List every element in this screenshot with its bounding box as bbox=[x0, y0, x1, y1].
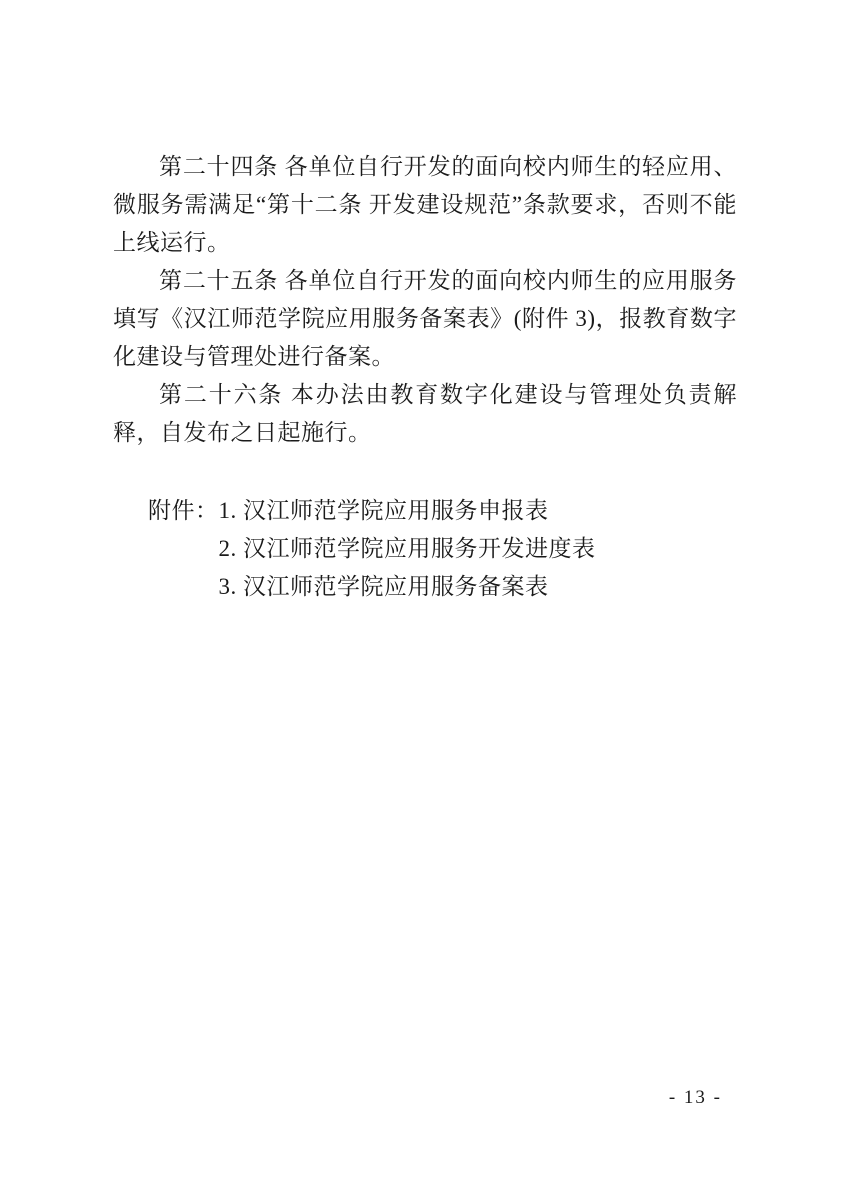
document-content: 第二十四条 各单位自行开发的面向校内师生的轻应用、微服务需满足“第十二条 开发建… bbox=[113, 148, 737, 606]
attachment-item-3: 3. 汉江师范学院应用服务备案表 bbox=[219, 568, 738, 606]
attachment-item-2: 2. 汉江师范学院应用服务开发进度表 bbox=[219, 530, 738, 568]
attachments-list: 1. 汉江师范学院应用服务申报表 2. 汉江师范学院应用服务开发进度表 3. 汉… bbox=[219, 492, 738, 606]
attachments-label: 附件： bbox=[148, 492, 219, 530]
paragraph-article-26: 第二十六条 本办法由教育数字化建设与管理处负责解释，自发布之日起施行。 bbox=[113, 376, 737, 452]
document-page: 第二十四条 各单位自行开发的面向校内师生的轻应用、微服务需满足“第十二条 开发建… bbox=[0, 0, 850, 1202]
paragraph-article-24: 第二十四条 各单位自行开发的面向校内师生的轻应用、微服务需满足“第十二条 开发建… bbox=[113, 148, 737, 262]
paragraph-article-25: 第二十五条 各单位自行开发的面向校内师生的应用服务填写《汉江师范学院应用服务备案… bbox=[113, 262, 737, 376]
attachments-block: 附件： 1. 汉江师范学院应用服务申报表 2. 汉江师范学院应用服务开发进度表 … bbox=[148, 492, 737, 606]
page-number: - 13 - bbox=[669, 1087, 722, 1109]
attachment-item-1: 1. 汉江师范学院应用服务申报表 bbox=[219, 492, 738, 530]
